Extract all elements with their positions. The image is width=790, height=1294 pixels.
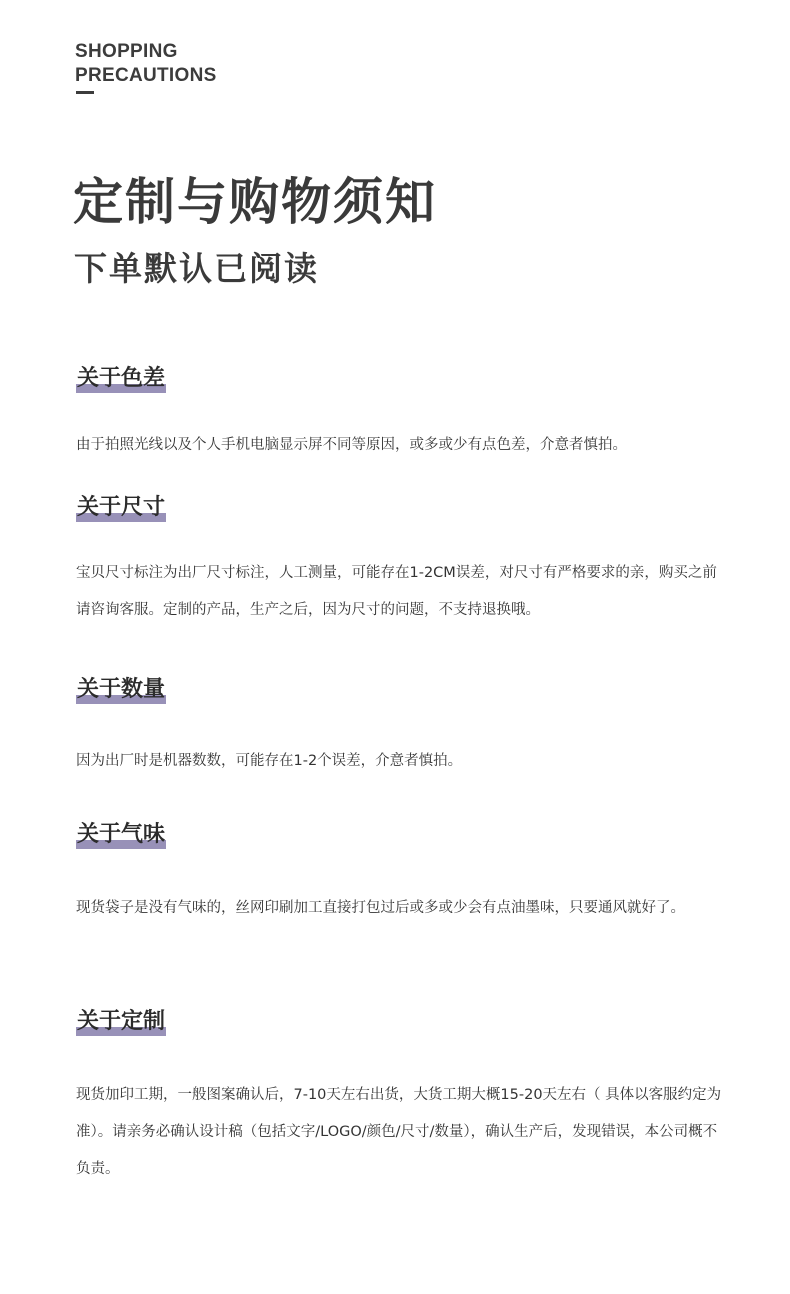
page-title: 定制与购物须知: [73, 170, 437, 234]
page-subtitle: 下单默认已阅读: [74, 247, 319, 291]
section-body-text: 现货袋子是没有气味的，丝网印刷加工直接打包过后或多或少会有点油墨味，只要通风就好…: [76, 890, 711, 927]
eyebrow-dash-divider: [76, 91, 94, 94]
section-heading-text: 关于色差: [77, 366, 165, 391]
section-body: 由于拍照光线以及个人手机电脑显示屏不同等原因，或多或少有点色差，介意者慎拍。: [76, 427, 736, 464]
section-color-difference: 关于色差 由于拍照光线以及个人手机电脑显示屏不同等原因，或多或少有点色差，介意者…: [76, 364, 736, 464]
section-quantity: 关于数量 因为出厂时是机器数数，可能存在1-2个误差，介意者慎拍。: [76, 675, 736, 780]
section-customization: 关于定制 现货加印工期，一般图案确认后，7-10天左右出货，大货工期大概15-2…: [76, 1007, 736, 1188]
section-body: 宝贝尺寸标注为出厂尺寸标注，人工测量，可能存在1-2CM误差，对尺寸有严格要求的…: [76, 555, 726, 629]
section-body: 现货袋子是没有气味的，丝网印刷加工直接打包过后或多或少会有点油墨味，只要通风就好…: [76, 890, 711, 927]
section-size: 关于尺寸 宝贝尺寸标注为出厂尺寸标注，人工测量，可能存在1-2CM误差，对尺寸有…: [76, 493, 736, 629]
section-heading-text: 关于气味: [77, 822, 165, 847]
section-heading: 关于尺寸: [76, 493, 166, 523]
section-odor: 关于气味 现货袋子是没有气味的，丝网印刷加工直接打包过后或多或少会有点油墨味，只…: [76, 820, 736, 927]
section-heading: 关于定制: [76, 1007, 166, 1037]
section-heading: 关于气味: [76, 820, 166, 850]
eyebrow-line-2: PRECAUTIONS: [75, 64, 217, 88]
section-body-text: 因为出厂时是机器数数，可能存在1-2个误差，介意者慎拍。: [76, 743, 736, 780]
eyebrow-title: SHOPPING PRECAUTIONS: [75, 40, 217, 88]
section-body-text: 现货加印工期，一般图案确认后，7-10天左右出货，大货工期大概15-20天左右（…: [76, 1077, 726, 1188]
section-heading: 关于数量: [76, 675, 166, 705]
eyebrow-line-1: SHOPPING: [75, 40, 217, 64]
section-heading: 关于色差: [76, 364, 166, 394]
section-heading-text: 关于尺寸: [77, 495, 165, 520]
section-body: 现货加印工期，一般图案确认后，7-10天左右出货，大货工期大概15-20天左右（…: [76, 1077, 726, 1188]
section-body-text: 宝贝尺寸标注为出厂尺寸标注，人工测量，可能存在1-2CM误差，对尺寸有严格要求的…: [76, 555, 726, 629]
section-heading-text: 关于数量: [77, 677, 165, 702]
section-body-text: 由于拍照光线以及个人手机电脑显示屏不同等原因，或多或少有点色差，介意者慎拍。: [76, 427, 736, 464]
section-body: 因为出厂时是机器数数，可能存在1-2个误差，介意者慎拍。: [76, 743, 736, 780]
section-heading-text: 关于定制: [77, 1009, 165, 1034]
